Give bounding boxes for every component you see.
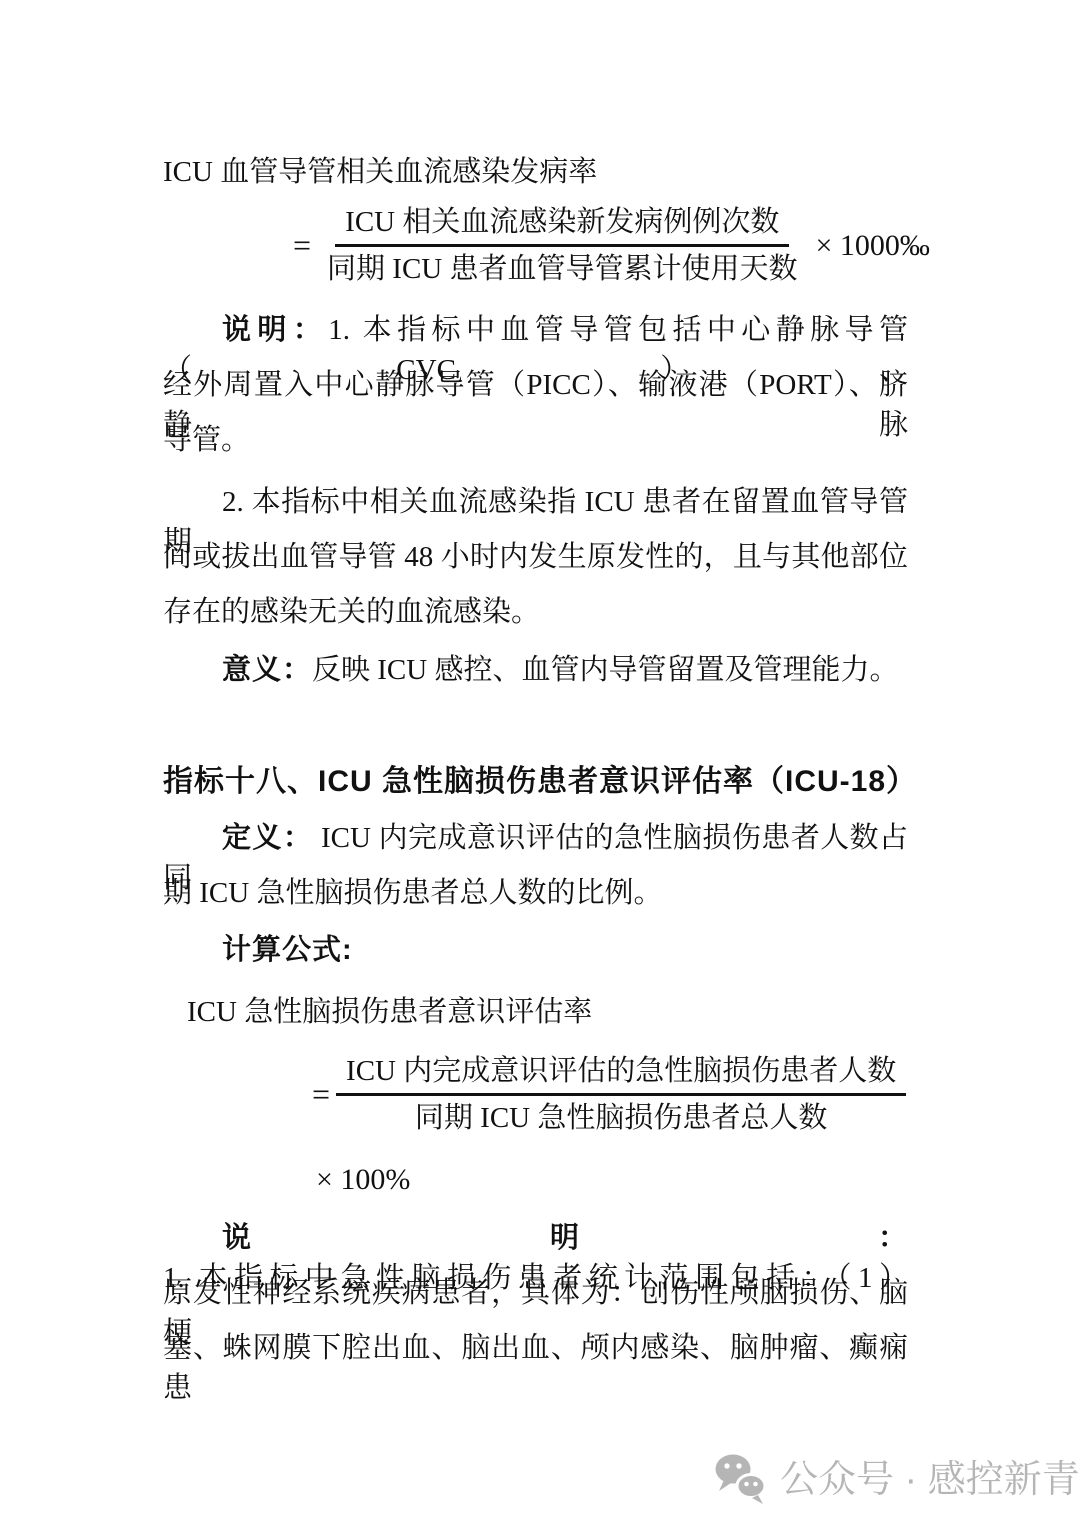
indicator18-formula-multiplier: × 100%: [316, 1160, 410, 1200]
indicator17-rate-label: ICU 血管导管相关血流感染发病率: [163, 152, 908, 192]
indicator17-formula: = ICU 相关血流感染新发病例例次数 同期 ICU 患者血管导管累计使用天数 …: [293, 200, 930, 291]
notes-label: 说明：: [222, 314, 328, 346]
fraction: ICU 相关血流感染新发病例例次数 同期 ICU 患者血管导管累计使用天数: [317, 200, 807, 291]
fraction-numerator: ICU 相关血流感染新发病例例次数: [335, 200, 789, 247]
meaning-text: 反映 ICU 感控、血管内导管留置及管理能力。: [312, 654, 898, 686]
fraction: ICU 内完成意识评估的急性脑损伤患者人数 同期 ICU 急性脑损伤患者总人数: [336, 1049, 906, 1140]
fraction-numerator: ICU 内完成意识评估的急性脑损伤患者人数: [336, 1049, 906, 1096]
formula-multiplier: × 1000‰: [816, 229, 930, 263]
wechat-icon: [714, 1452, 768, 1508]
notes-label: 说明：: [222, 1222, 908, 1254]
equals-sign: =: [312, 1076, 330, 1113]
indicator17-notes-line1: 说明：1. 本指标中血管导管包括中心静脉导管（CVC）、: [163, 310, 908, 350]
fraction-denominator: 同期 ICU 患者血管导管累计使用天数: [317, 247, 807, 291]
fraction-denominator: 同期 ICU 急性脑损伤患者总人数: [405, 1096, 837, 1140]
equals-sign: =: [293, 227, 311, 264]
indicator17-note2-line3: 存在的感染无关的血流感染。: [163, 592, 908, 632]
indicator17-notes-line2: 经外周置入中心静脉导管（PICC）、输液港（PORT）、脐静脉: [163, 365, 908, 405]
watermark: 公众号 · 感控新青年: [714, 1452, 1080, 1508]
watermark-text: 公众号 · 感控新青年: [780, 1452, 1080, 1508]
definition-label: 定义：: [222, 822, 313, 854]
indicator18-notes-line2: 原发性神经系统疾病患者，具体为：创伤性颅脑损伤、脑梗: [163, 1273, 908, 1313]
indicator17-notes-line3: 导管。: [163, 420, 908, 460]
indicator17-note2-line2: 间或拔出血管导管 48 小时内发生原发性的，且与其他部位: [163, 537, 908, 577]
indicator18-definition-line1: 定义： ICU 内完成意识评估的急性脑损伤患者人数占同: [163, 818, 908, 858]
meaning-label: 意义：: [222, 654, 312, 686]
indicator18-notes-line1: 说明：1. 本指标中急性脑损伤患者统计范围包括：（1）: [163, 1218, 908, 1258]
indicator18-rate-label: ICU 急性脑损伤患者意识评估率: [163, 992, 908, 1032]
indicator18-heading: 指标十八、ICU 急性脑损伤患者意识评估率（ICU-18）: [163, 760, 908, 804]
indicator18-formula: = ICU 内完成意识评估的急性脑损伤患者人数 同期 ICU 急性脑损伤患者总人…: [312, 1049, 906, 1140]
document-page: ICU 血管导管相关血流感染发病率 = ICU 相关血流感染新发病例例次数 同期…: [0, 0, 1080, 1527]
indicator17-note2-line1: 2. 本指标中相关血流感染指 ICU 患者在留置血管导管期: [163, 482, 908, 522]
indicator17-meaning-line: 意义：反映 ICU 感控、血管内导管留置及管理能力。: [163, 650, 908, 690]
indicator18-notes-line3: 塞、蛛网膜下腔出血、脑出血、颅内感染、脑肿瘤、癫痫患: [163, 1328, 908, 1368]
indicator18-definition-line2: 期 ICU 急性脑损伤患者总人数的比例。: [163, 873, 908, 913]
indicator18-formula-title: 计算公式:: [163, 930, 908, 970]
